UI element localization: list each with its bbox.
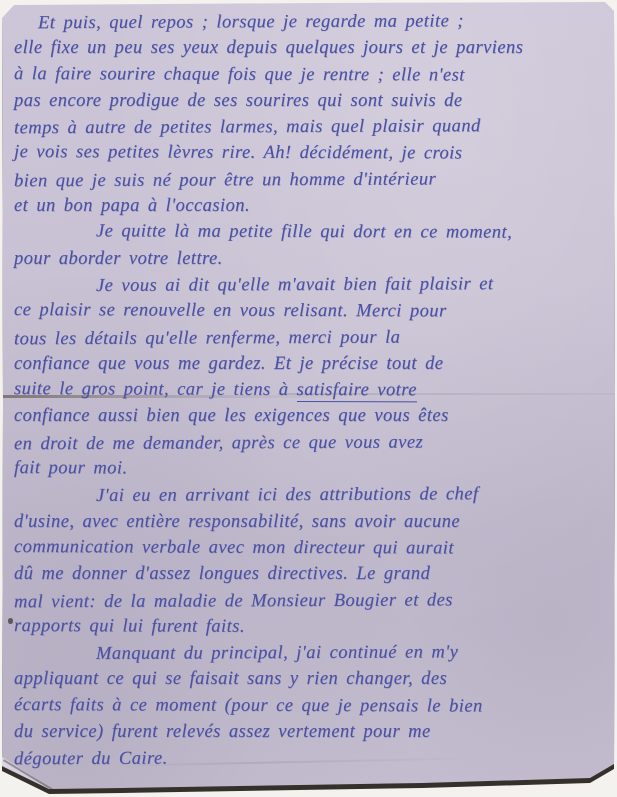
- letter-line: et un bon papa à l'occasion.: [10, 193, 613, 219]
- letter-line: ce plaisir se renouvelle en vous relisan…: [10, 297, 613, 325]
- letter-line: mal vient: de la maladie de Monsieur Bou…: [10, 586, 613, 615]
- letter-text: je vois ses petites lèvres rire. Ah! déc…: [14, 143, 462, 164]
- underlined-phrase: satisfaire votre: [297, 380, 417, 402]
- letter-text: suite le gros point, car je tiens à: [14, 379, 297, 400]
- letter-paper: Et puis, quel repos ; lorsque je regarde…: [2, 2, 615, 791]
- letter-text: elle fixe un peu ses yeux depuis quelque…: [14, 38, 523, 58]
- letter-line: en droit de me demander, après ce que vo…: [10, 428, 613, 457]
- letter-line: rapports qui lui furent faits.: [10, 613, 613, 641]
- letter-text: en droit de me demander, après ce que vo…: [14, 432, 423, 454]
- letter-line: Et puis, quel repos ; lorsque je regarde…: [10, 8, 613, 37]
- letter-text: ce plaisir se renouvelle en vous relisan…: [14, 300, 447, 321]
- letter-text: tous les détails qu'elle renferme, merci…: [14, 327, 400, 349]
- letter-line: pas encore prodigue de ses sourires qui …: [10, 88, 613, 114]
- letter-line: Manquant du principal, j'ai continué en …: [10, 639, 613, 668]
- letter-line: du service) furent relevés assez verteme…: [10, 719, 613, 745]
- letter-body: Et puis, quel repos ; lorsque je regarde…: [10, 9, 613, 772]
- letter-text: fait pour moi.: [14, 458, 128, 478]
- letter-text: communication verbale avec mon directeur…: [14, 537, 454, 558]
- letter-line: dû me donner d'assez longues directives.…: [10, 561, 613, 587]
- letter-text: confiance aussi bien que les exigences q…: [14, 406, 449, 426]
- letter-text: Manquant du principal, j'ai continué en …: [96, 642, 458, 664]
- letter-text: du service) furent relevés assez verteme…: [14, 722, 431, 742]
- letter-line: Je quitte là ma petite fille qui dort en…: [10, 218, 613, 246]
- letter-line: fait pour moi.: [10, 455, 613, 483]
- letter-line: je vois ses petites lèvres rire. Ah! déc…: [10, 140, 613, 168]
- letter-line: confiance aussi bien que les exigences q…: [10, 403, 613, 429]
- letter-text: d'usine, avec entière responsabilité, sa…: [14, 512, 460, 532]
- letter-line: pour aborder votre lettre.: [10, 246, 613, 272]
- letter-line: d'usine, avec entière responsabilité, sa…: [10, 509, 613, 535]
- letter-text: pas encore prodigue de ses sourires qui …: [14, 91, 463, 111]
- letter-text: bien que je suis né pour être un homme d…: [14, 169, 436, 191]
- letter-line: bien que je suis né pour être un homme d…: [10, 165, 613, 194]
- letter-line: tous les détails qu'elle renferme, merci…: [10, 323, 613, 352]
- letter-line: suite le gros point, car je tiens à sati…: [10, 376, 613, 404]
- letter-text: Je quitte là ma petite fille qui dort en…: [96, 222, 512, 243]
- letter-text: confiance que vous me gardez. Et je préc…: [14, 354, 443, 374]
- letter-line: à la faire sourire chaque fois que je re…: [10, 61, 613, 89]
- letter-line: J'ai eu en arrivant ici des attributions…: [10, 481, 613, 510]
- letter-line: dégouter du Caire.: [10, 744, 613, 773]
- scanned-letter-page: Et puis, quel repos ; lorsque je regarde…: [0, 0, 617, 797]
- letter-text: dégouter du Caire.: [14, 749, 168, 770]
- letter-line: communication verbale avec mon directeur…: [10, 534, 613, 562]
- letter-text: écarts faits à ce moment (pour ce que je…: [14, 695, 483, 716]
- letter-line: écarts faits à ce moment (pour ce que je…: [10, 692, 613, 720]
- letter-text: rapports qui lui furent faits.: [14, 616, 245, 637]
- letter-line: elle fixe un peu ses yeux depuis quelque…: [10, 35, 613, 61]
- letter-text: Je vous ai dit qu'elle m'avait bien fait…: [96, 274, 494, 296]
- letter-text: J'ai eu en arrivant ici des attributions…: [96, 485, 479, 507]
- letter-text: appliquant ce qui se faisait sans y rien…: [14, 669, 447, 689]
- letter-text: pour aborder votre lettre.: [14, 249, 223, 269]
- letter-text: dû me donner d'assez longues directives.…: [14, 564, 430, 584]
- letter-line: confiance que vous me gardez. Et je préc…: [10, 351, 613, 377]
- letter-text: à la faire sourire chaque fois que je re…: [14, 64, 465, 85]
- letter-line: appliquant ce qui se faisait sans y rien…: [10, 666, 613, 692]
- letter-text: et un bon papa à l'occasion.: [14, 196, 250, 216]
- letter-line: temps à autre de petites larmes, mais qu…: [10, 113, 613, 142]
- letter-text: temps à autre de petites larmes, mais qu…: [14, 116, 481, 138]
- letter-text: mal vient: de la maladie de Monsieur Bou…: [14, 590, 453, 612]
- letter-line: Je vous ai dit qu'elle m'avait bien fait…: [10, 271, 613, 300]
- letter-text: Et puis, quel repos ; lorsque je regarde…: [38, 11, 464, 33]
